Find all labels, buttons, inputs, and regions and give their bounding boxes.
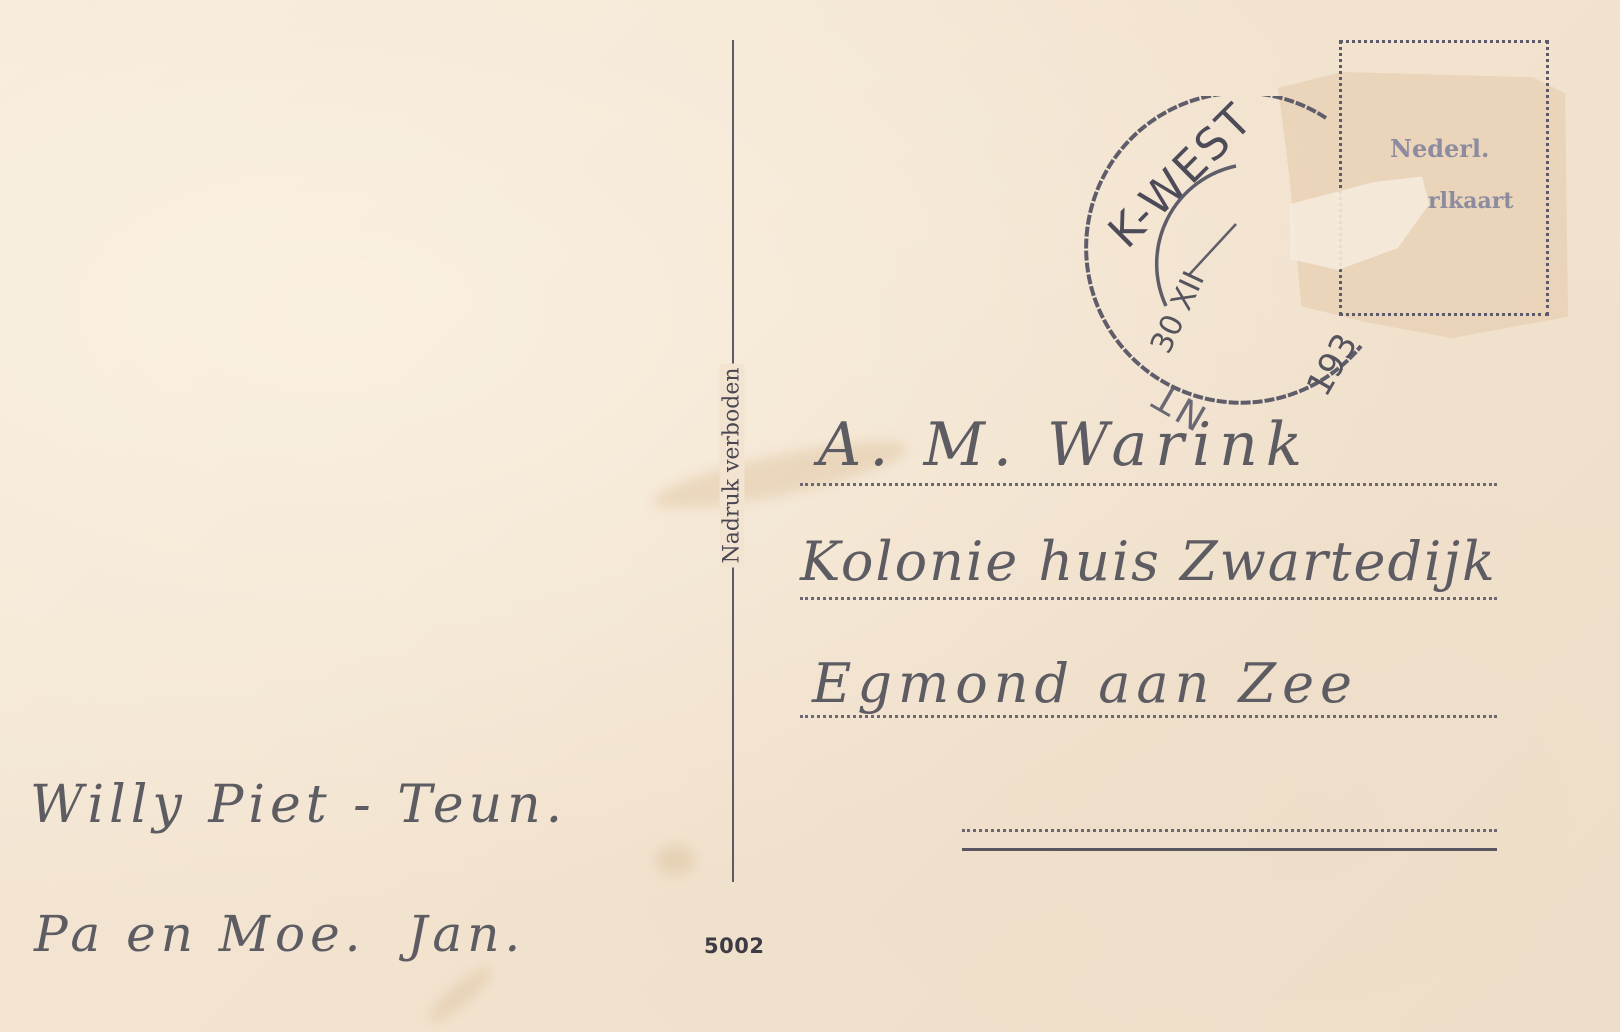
address-street: Kolonie huis Zwartedijk	[800, 530, 1497, 593]
address-line-1	[800, 483, 1497, 486]
nadruk-verboden-text: Nadruk verboden	[720, 363, 745, 567]
address-line-4	[962, 829, 1497, 832]
address-line-3	[800, 715, 1497, 718]
serial-number: 5002	[704, 934, 764, 958]
address-city: Egmond aan Zee	[812, 652, 1358, 715]
stain	[423, 962, 497, 1029]
address-underline	[962, 848, 1497, 851]
divider-label: Nadruk verboden	[712, 330, 752, 600]
stain	[655, 845, 695, 875]
postcard: Nederl. rlkaart K-WEST 30 XII 193 NT Nad…	[0, 0, 1620, 1032]
address-line-2	[800, 597, 1497, 600]
message-line-2: Pa en Moe. Jan.	[34, 905, 525, 963]
stamp-text-line1: Nederl.	[1390, 134, 1489, 163]
stamp-text-line2: rlkaart	[1428, 188, 1513, 214]
address-recipient: A. M. Warink	[818, 410, 1310, 480]
message-line-1: Willy Piet - Teun.	[30, 775, 567, 835]
